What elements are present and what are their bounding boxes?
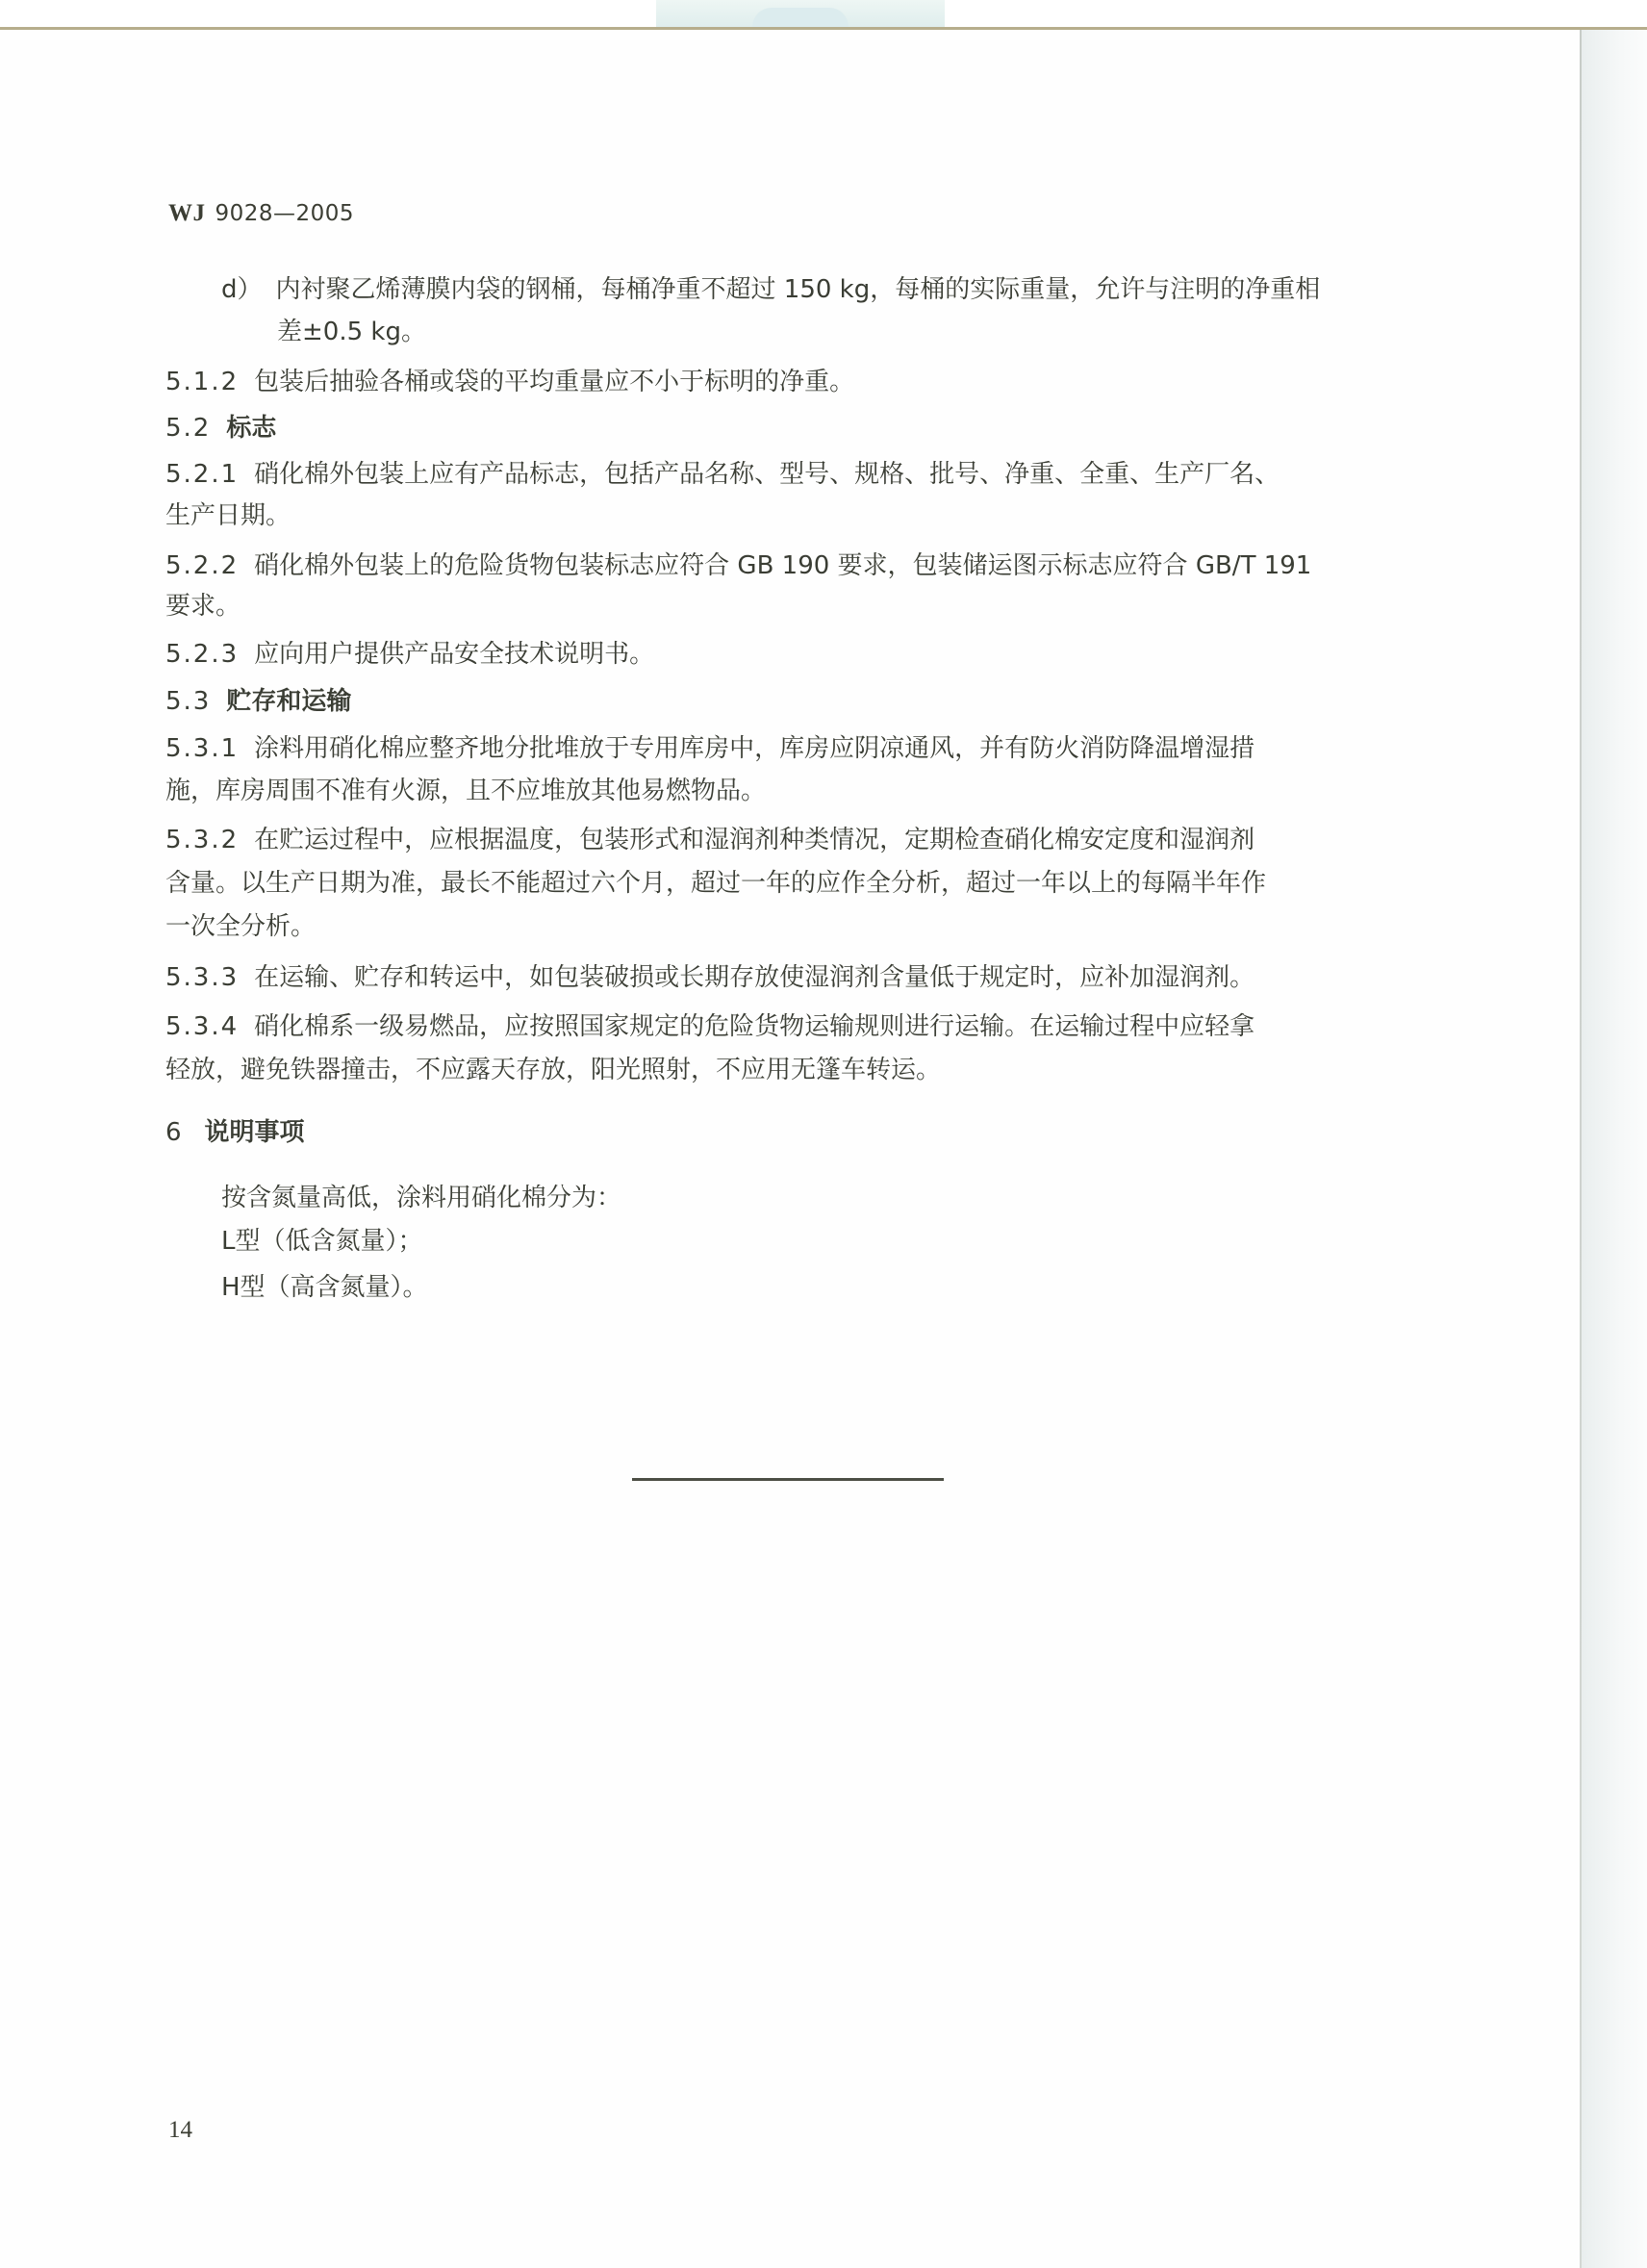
section-title: 标志 bbox=[226, 414, 276, 443]
clause-5-2-3: 5.2.3应向用户提供产品安全技术说明书。 bbox=[165, 638, 654, 671]
list-item-label: d） bbox=[221, 275, 263, 304]
clause-5-2-2-line2: 要求。 bbox=[165, 590, 241, 623]
clause-5-3-1-line1: 5.3.1涂料用硝化棉应整齐地分批堆放于专用库房中，库房应阴凉通风，并有防火消防… bbox=[165, 732, 1254, 765]
clause-5-3-3: 5.3.3在运输、贮存和转运中，如包装破损或长期存放使湿润剂含量低于规定时，应补… bbox=[165, 961, 1254, 994]
section-6-intro: 按含氮量高低，涂料用硝化棉分为： bbox=[221, 1182, 621, 1214]
page-number: 14 bbox=[168, 2117, 192, 2144]
section-heading-5-2: 5.2标志 bbox=[165, 412, 276, 445]
clause-text: 硝化棉外包装上的危险货物包装标志应符合 GB 190 要求，包装储运图示标志应符… bbox=[254, 551, 1311, 580]
clause-text: 在贮运过程中，应根据温度，包装形式和湿润剂种类情况，定期检查硝化棉安定度和湿润剂 bbox=[254, 826, 1254, 854]
clause-5-3-4-line1: 5.3.4硝化棉系一级易燃品，应按照国家规定的危险货物运输规则进行运输。在运输过… bbox=[165, 1010, 1254, 1043]
document-code-prefix: WJ bbox=[168, 200, 206, 226]
clause-number: 5.2.1 bbox=[165, 458, 239, 491]
type-l-item: L型（低含氮量）； bbox=[221, 1225, 423, 1258]
clause-text: 涂料用硝化棉应整齐地分批堆放于专用库房中，库房应阴凉通风，并有防火消防降温增湿措 bbox=[254, 734, 1254, 763]
list-item-text: 内衬聚乙烯薄膜内袋的钢桶，每桶净重不超过 150 kg，每桶的实际重量，允许与注… bbox=[276, 275, 1321, 304]
clause-5-3-2-line2: 含量。以生产日期为准，最长不能超过六个月，超过一年的应作全分析，超过一年以上的每… bbox=[165, 867, 1266, 900]
clause-5-3-4-line2: 轻放，避免铁器撞击，不应露天存放，阳光照射，不应用无篷车转运。 bbox=[165, 1054, 941, 1086]
document-code-number: 9028—2005 bbox=[215, 201, 355, 226]
clause-number: 5.3.3 bbox=[165, 961, 239, 994]
clause-number: 5.1.2 bbox=[165, 366, 239, 398]
section-title: 说明事项 bbox=[205, 1118, 305, 1147]
clause-number: 5.3.4 bbox=[165, 1010, 239, 1043]
end-of-standard-rule bbox=[632, 1478, 944, 1481]
clause-number: 5.3.1 bbox=[165, 732, 239, 765]
clause-number: 5.2.3 bbox=[165, 638, 239, 671]
clause-5-3-1-line2: 施，库房周围不准有火源，且不应堆放其他易燃物品。 bbox=[165, 775, 766, 807]
clause-5-3-2-line1: 5.3.2在贮运过程中，应根据温度，包装形式和湿润剂种类情况，定期检查硝化棉安定… bbox=[165, 824, 1254, 856]
clause-5-3-2-line3: 一次全分析。 bbox=[165, 910, 316, 943]
clause-text: 包装后抽验各桶或袋的平均重量应不小于标明的净重。 bbox=[254, 368, 854, 396]
section-title: 贮存和运输 bbox=[226, 687, 351, 716]
clause-text: 应向用户提供产品安全技术说明书。 bbox=[254, 640, 654, 669]
document-code: WJ9028—2005 bbox=[168, 200, 354, 227]
clause-number: 5.3.2 bbox=[165, 824, 239, 856]
list-item-d-line2: 差±0.5 kg。 bbox=[277, 316, 426, 348]
clause-5-2-1-line1: 5.2.1硝化棉外包装上应有产品标志，包括产品名称、型号、规格、批号、净重、全重… bbox=[165, 458, 1280, 491]
clause-number: 5.2.2 bbox=[165, 549, 239, 582]
clause-text: 硝化棉系一级易燃品，应按照国家规定的危险货物运输规则进行运输。在运输过程中应轻拿 bbox=[254, 1012, 1254, 1041]
clause-5-2-1-line2: 生产日期。 bbox=[165, 499, 291, 532]
binding-fold bbox=[1580, 30, 1582, 2268]
binding-shadow bbox=[1582, 30, 1647, 2268]
section-number: 5.3 bbox=[165, 685, 211, 718]
section-heading-5-3: 5.3贮存和运输 bbox=[165, 685, 351, 718]
section-heading-6: 6说明事项 bbox=[165, 1116, 305, 1149]
section-number: 6 bbox=[165, 1116, 184, 1149]
clause-text: 在运输、贮存和转运中，如包装破损或长期存放使湿润剂含量低于规定时，应补加湿润剂。 bbox=[254, 963, 1254, 992]
section-number: 5.2 bbox=[165, 412, 211, 445]
clause-text: 硝化棉外包装上应有产品标志，包括产品名称、型号、规格、批号、净重、全重、生产厂名… bbox=[254, 460, 1280, 489]
list-item-d-line1: d）内衬聚乙烯薄膜内袋的钢桶，每桶净重不超过 150 kg，每桶的实际重量，允许… bbox=[221, 273, 1320, 306]
clause-5-1-2: 5.1.2包装后抽验各桶或袋的平均重量应不小于标明的净重。 bbox=[165, 366, 854, 398]
type-h-item: H型（高含氮量）。 bbox=[221, 1271, 428, 1304]
clause-5-2-2-line1: 5.2.2硝化棉外包装上的危险货物包装标志应符合 GB 190 要求，包装储运图… bbox=[165, 549, 1311, 582]
